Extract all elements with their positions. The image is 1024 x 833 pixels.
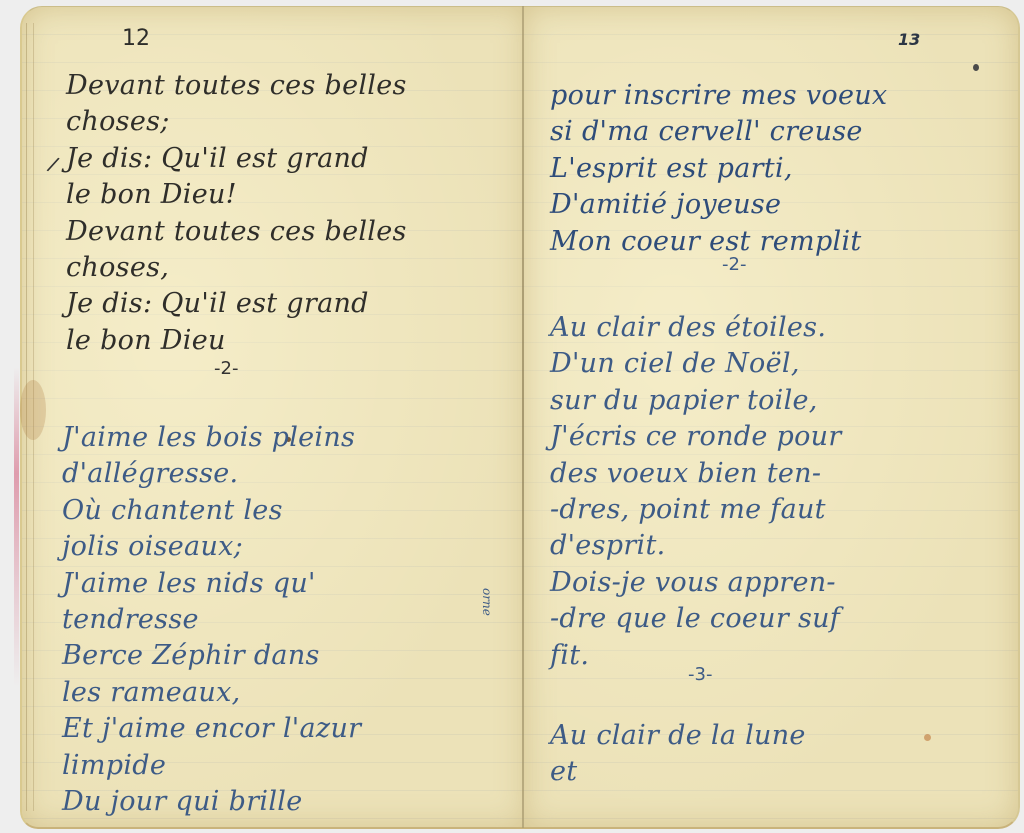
text-line: Berce Zéphir dans [62, 638, 512, 674]
text-line: Au clair de la lune [550, 718, 1010, 754]
text-line: Du jour qui brille [62, 784, 512, 820]
text-line: le bon Dieu [66, 323, 516, 359]
right-stanza-1: pour inscrire mes voeux si d'ma cervell'… [550, 78, 1010, 260]
paper-stain [20, 380, 46, 440]
text-line: le bon Dieu! [66, 177, 516, 213]
text-line: Devant toutes ces belles [66, 68, 516, 104]
notebook-gutter [522, 6, 524, 828]
right-stanza-3: Au clair de la lune et [550, 718, 1010, 791]
text-line: d'allégresse. [62, 456, 512, 492]
text-line: D'un ciel de Noël, [550, 346, 1010, 382]
page-number-right: 13 [898, 30, 920, 49]
ink-dot [973, 64, 979, 71]
text-line: J'écris ce ronde pour [550, 419, 1010, 455]
text-line: sur du papier toile, [550, 383, 1010, 419]
text-line: fit. [550, 638, 1010, 674]
text-line: limpide [62, 748, 512, 784]
left-stanza-1: Devant toutes ces belles choses; Je dis:… [66, 68, 516, 359]
text-line: L'esprit est parti, [550, 151, 1010, 187]
text-line: J'aime les nids qu' [62, 566, 512, 602]
text-line: Au clair des étoiles. [550, 310, 1010, 346]
text-line: et [550, 754, 1010, 790]
text-line: si d'ma cervell' creuse [550, 114, 1010, 150]
text-line: tendresse [62, 602, 512, 638]
text-line: Devant toutes ces belles [66, 214, 516, 250]
text-line: Mon coeur est remplit [550, 224, 1010, 260]
left-stanza-2: J'aime les bois pleins d'allégresse. Où … [62, 420, 512, 820]
text-line: -dre que le coeur suf [550, 601, 1010, 637]
text-line: choses, [66, 250, 516, 286]
text-line: Où chantent les [62, 493, 512, 529]
text-line: d'esprit. [550, 528, 1010, 564]
text-line: -dres, point me faut [550, 492, 1010, 528]
text-line: Je dis: Qu'il est grand [66, 286, 516, 322]
stanza-number: -2- [214, 358, 238, 379]
text-line: jolis oiseaux; [62, 529, 512, 565]
text-line: Dois-je vous appren- [550, 565, 1010, 601]
text-line: les rameaux, [62, 675, 512, 711]
text-line: D'amitié joyeuse [550, 187, 1010, 223]
text-line: Je dis: Qu'il est grand [66, 141, 516, 177]
page-number-left: 12 [122, 26, 150, 51]
text-line: pour inscrire mes voeux [550, 78, 1010, 114]
text-line: choses; [66, 104, 516, 140]
right-stanza-2: Au clair des étoiles. D'un ciel de Noël,… [550, 310, 1010, 674]
stanza-number: -2- [722, 254, 746, 275]
text-line: J'aime les bois pleins [62, 420, 512, 456]
stanza-number: -3- [688, 664, 712, 685]
text-line: Et j'aime encor l'azur [62, 711, 512, 747]
side-note: orne [480, 588, 494, 616]
text-line: des voeux bien ten- [550, 456, 1010, 492]
